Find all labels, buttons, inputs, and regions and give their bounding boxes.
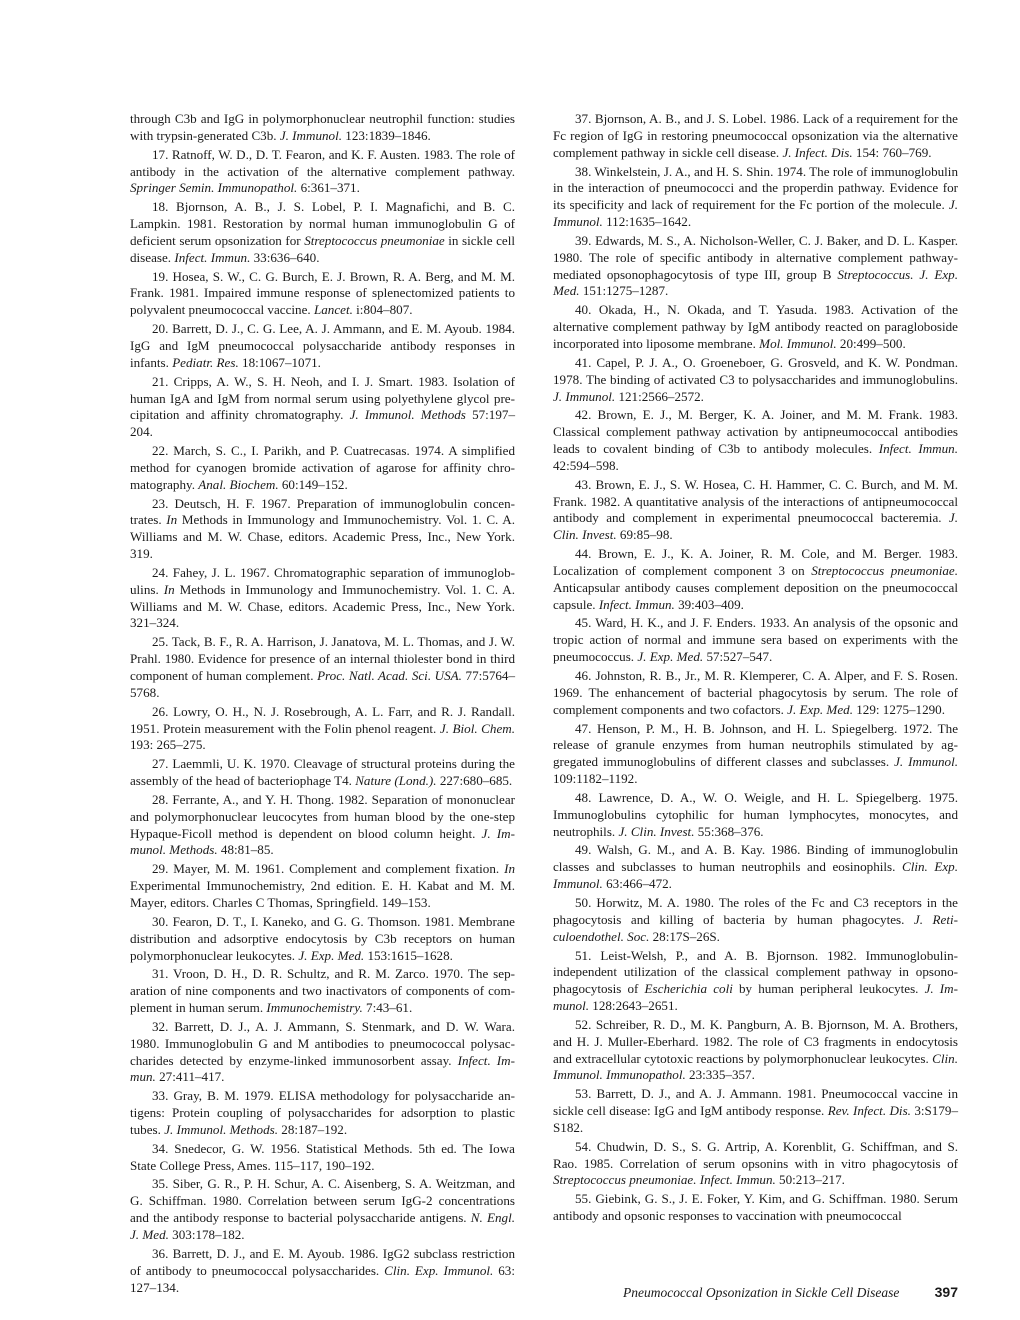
reference-text: 29. Mayer, M. M. 1961. Complement and co… xyxy=(152,861,504,876)
reference-entry: 36. Barrett, D. J., and E. M. Ayoub. 198… xyxy=(130,1246,515,1297)
reference-entry: 30. Fearon, D. T., I. Kaneko, and G. G. … xyxy=(130,914,515,965)
reference-text: 28:17S–26S. xyxy=(649,929,720,944)
reference-journal-italic: Springer Semin. Immunopathol. xyxy=(130,180,297,195)
reference-text: 193: 265–275. xyxy=(130,737,206,752)
reference-text: 112:1635–1642. xyxy=(603,214,691,229)
reference-text: 33:636–640. xyxy=(250,250,319,265)
reference-text: 154: 760–769. xyxy=(853,145,932,160)
reference-entry: 32. Barrett, D. J., A. J. Ammann, S. Ste… xyxy=(130,1019,515,1086)
reference-text: 227:680–685. xyxy=(437,773,513,788)
page-footer: Pneumococcal Opsonization in Sickle Cell… xyxy=(623,1284,958,1301)
reference-text: 60:149–152. xyxy=(279,477,348,492)
reference-journal-italic: J. Immunol. xyxy=(280,128,342,143)
reference-text: 151:1275–1287. xyxy=(580,283,669,298)
reference-entry: 39. Edwards, M. S., A. Nicholson-Weller,… xyxy=(553,233,958,300)
reference-entry: 18. Bjornson, A. B., J. S. Lobel, P. I. … xyxy=(130,199,515,266)
reference-text: 49. Walsh, G. M., and A. B. Kay. 1986. B… xyxy=(553,842,958,874)
reference-entry: 54. Chudwin, D. S., S. G. Artrip, A. Kor… xyxy=(553,1139,958,1190)
reference-text: 55:368–376. xyxy=(694,824,763,839)
reference-entry: 45. Ward, H. K., and J. F. Enders. 1933.… xyxy=(553,615,958,666)
reference-text: 17. Ratnoff, W. D., D. T. Fearon, and K.… xyxy=(130,147,515,179)
reference-entry: 42. Brown, E. J., M. Berger, K. A. Joine… xyxy=(553,407,958,474)
reference-text: 41. Capel, P. J. A., O. Groeneboer, G. G… xyxy=(553,355,958,387)
reference-entry: 27. Laemmli, U. K. 1970. Cleavage of str… xyxy=(130,756,515,790)
reference-journal-italic: J. Biol. Chem. xyxy=(440,721,515,736)
reference-text: 123:1839–1846. xyxy=(342,128,431,143)
reference-text: 34. Snedecor, G. W. 1956. Statistical Me… xyxy=(130,1141,515,1173)
references-left-column: through C3b and IgG in polymorphonuclear… xyxy=(130,111,515,1298)
reference-entry: 20. Barrett, D. J., C. G. Lee, A. J. Amm… xyxy=(130,321,515,372)
reference-entry: 38. Winkelstein, J. A., and H. S. Shin. … xyxy=(553,164,958,231)
reference-entry: 47. Henson, P. M., H. B. Johnson, and H.… xyxy=(553,721,958,788)
reference-text: 27:411–417. xyxy=(156,1069,225,1084)
reference-entry: 35. Siber, G. R., P. H. Schur, A. C. Ais… xyxy=(130,1176,515,1243)
reference-journal-italic: J. Exp. Med. xyxy=(787,702,853,717)
reference-entry: 17. Ratnoff, W. D., D. T. Fearon, and K.… xyxy=(130,147,515,198)
reference-text: 43. Brown, E. J., S. W. Hosea, C. H. Ham… xyxy=(553,477,958,526)
reference-entry: 22. March, S. C., I. Parikh, and P. Cuat… xyxy=(130,443,515,494)
reference-journal-italic: In xyxy=(164,582,175,597)
reference-text: 69:85–98. xyxy=(617,527,673,542)
reference-entry: 31. Vroon, D. H., D. R. Schultz, and R. … xyxy=(130,966,515,1017)
reference-journal-italic: Escherichia coli xyxy=(645,981,733,996)
reference-entry: 49. Walsh, G. M., and A. B. Kay. 1986. B… xyxy=(553,842,958,893)
reference-journal-italic: J. Immunol. xyxy=(894,754,958,769)
reference-text: 54. Chudwin, D. S., S. G. Artrip, A. Kor… xyxy=(553,1139,958,1171)
reference-entry: through C3b and IgG in polymorphonuclear… xyxy=(130,111,515,145)
reference-entry: 25. Tack, B. F., R. A. Harrison, J. Jana… xyxy=(130,634,515,701)
reference-entry: 28. Ferrante, A., and Y. H. Thong. 1982.… xyxy=(130,792,515,859)
reference-journal-italic: J. Infect. Dis. xyxy=(782,145,852,160)
reference-entry: 26. Lowry, O. H., N. J. Rosebrough, A. L… xyxy=(130,704,515,755)
reference-journal-italic: J. Immunol. Methods xyxy=(350,407,466,422)
reference-journal-italic: Proc. Natl. Acad. Sci. USA. xyxy=(317,668,462,683)
reference-journal-italic: Mol. Immunol. xyxy=(759,336,836,351)
reference-entry: 21. Cripps, A. W., S. H. Neoh, and I. J.… xyxy=(130,374,515,441)
reference-text: 55. Giebink, G. S., J. E. Foker, Y. Kim,… xyxy=(553,1191,958,1223)
reference-text: 28:187–192. xyxy=(278,1122,347,1137)
reference-entry: 40. Okada, H., N. Okada, and T. Yasuda. … xyxy=(553,302,958,353)
reference-journal-italic: Anal. Biochem. xyxy=(198,477,278,492)
reference-entry: 23. Deutsch, H. F. 1967. Preparation of … xyxy=(130,496,515,563)
reference-journal-italic: Pediatr. Res. xyxy=(172,355,239,370)
reference-journal-italic: Clin. Exp. Immunol. xyxy=(384,1263,493,1278)
reference-entry: 19. Hosea, S. W., C. G. Burch, E. J. Bro… xyxy=(130,269,515,320)
reference-text: 129: 1275–1290. xyxy=(853,702,945,717)
references-right-column: 37. Bjornson, A. B., and J. S. Lobel. 19… xyxy=(553,111,958,1227)
reference-text: 48:81–85. xyxy=(218,842,274,857)
reference-entry: 34. Snedecor, G. W. 1956. Statistical Me… xyxy=(130,1141,515,1175)
reference-journal-italic: Streptococcus pneumoniae xyxy=(304,233,445,248)
reference-text: 153:1615–1628. xyxy=(364,948,453,963)
reference-text: by human peripheral leukocytes. xyxy=(733,981,925,996)
reference-text: 109:1182–1192. xyxy=(553,771,638,786)
reference-text: 63:466–472. xyxy=(603,876,672,891)
reference-text: 6:361–371. xyxy=(297,180,360,195)
reference-entry: 52. Schreiber, R. D., M. K. Pangburn, A.… xyxy=(553,1017,958,1084)
reference-text: 20:499–500. xyxy=(837,336,906,351)
reference-text: 7:43–61. xyxy=(363,1000,412,1015)
reference-journal-italic: Immunochemistry. xyxy=(266,1000,362,1015)
reference-journal-italic: Streptococcus pneumoniae. xyxy=(811,563,958,578)
reference-entry: 44. Brown, E. J., K. A. Joiner, R. M. Co… xyxy=(553,546,958,613)
reference-text: Methods in Immunology and Immunochemistr… xyxy=(130,582,515,631)
reference-text: 35. Siber, G. R., P. H. Schur, A. C. Ais… xyxy=(130,1176,515,1225)
reference-journal-italic: In xyxy=(166,512,177,527)
reference-journal-italic: J. Immunol. xyxy=(553,389,615,404)
reference-text: 128:2643–2651. xyxy=(589,998,678,1013)
reference-text: i:804–807. xyxy=(353,302,413,317)
reference-journal-italic: Infect. Immun. xyxy=(599,597,675,612)
reference-journal-italic: J. Immunol. Methods. xyxy=(164,1122,278,1137)
reference-text: Methods in Immunology and Immunochemistr… xyxy=(130,512,515,561)
reference-journal-italic: J. Exp. Med. xyxy=(298,948,364,963)
reference-text: 39:403–409. xyxy=(675,597,744,612)
reference-entry: 43. Brown, E. J., S. W. Hosea, C. H. Ham… xyxy=(553,477,958,544)
reference-text: 303:178–182. xyxy=(169,1227,245,1242)
reference-text: 23:335–357. xyxy=(686,1067,755,1082)
reference-text: 18:1067–1071. xyxy=(239,355,321,370)
reference-entry: 29. Mayer, M. M. 1961. Complement and co… xyxy=(130,861,515,912)
reference-journal-italic: In xyxy=(504,861,515,876)
reference-text: 28. Ferrante, A., and Y. H. Thong. 1982.… xyxy=(130,792,515,841)
reference-entry: 37. Bjornson, A. B., and J. S. Lobel. 19… xyxy=(553,111,958,162)
reference-entry: 41. Capel, P. J. A., O. Groeneboer, G. G… xyxy=(553,355,958,406)
reference-entry: 24. Fahey, J. L. 1967. Chromatographic s… xyxy=(130,565,515,632)
reference-text: 50:213–217. xyxy=(776,1172,845,1187)
reference-entry: 33. Gray, B. M. 1979. ELISA methodology … xyxy=(130,1088,515,1139)
reference-entry: 50. Horwitz, M. A. 1980. The roles of th… xyxy=(553,895,958,946)
reference-journal-italic: J. Exp. Med. xyxy=(637,649,703,664)
reference-entry: 48. Lawrence, D. A., W. O. Weigle, and H… xyxy=(553,790,958,841)
reference-text: 121:2566–2572. xyxy=(615,389,704,404)
reference-text: 50. Horwitz, M. A. 1980. The roles of th… xyxy=(553,895,958,927)
running-title: Pneumococcal Opsonization in Sickle Cell… xyxy=(623,1285,899,1301)
reference-journal-italic: Lancet. xyxy=(314,302,353,317)
page-number: 397 xyxy=(935,1284,958,1300)
reference-text: 57:527–547. xyxy=(703,649,772,664)
reference-entry: 51. Leist-Welsh, P., and A. B. Bjornson.… xyxy=(553,948,958,1015)
reference-journal-italic: Infect. Immun. xyxy=(879,441,958,456)
reference-journal-italic: Streptococcus pneumoniae. Infect. Immun. xyxy=(553,1172,776,1187)
reference-entry: 46. Johnston, R. B., Jr., M. R. Klempere… xyxy=(553,668,958,719)
reference-journal-italic: Nature (Lond.). xyxy=(355,773,436,788)
reference-text: 42:594–598. xyxy=(553,458,619,473)
reference-journal-italic: Infect. Immun. xyxy=(174,250,250,265)
reference-entry: 53. Barrett, D. J., and A. J. Ammann. 19… xyxy=(553,1086,958,1137)
reference-text: 52. Schreiber, R. D., M. K. Pangburn, A.… xyxy=(553,1017,958,1066)
reference-entry: 55. Giebink, G. S., J. E. Foker, Y. Kim,… xyxy=(553,1191,958,1225)
reference-text: Experimental Immunochemistry, 2nd editio… xyxy=(130,878,515,910)
reference-journal-italic: Rev. Infect. Dis. xyxy=(828,1103,911,1118)
reference-text: 38. Winkelstein, J. A., and H. S. Shin. … xyxy=(553,164,958,213)
reference-journal-italic: J. Clin. Invest. xyxy=(618,824,694,839)
